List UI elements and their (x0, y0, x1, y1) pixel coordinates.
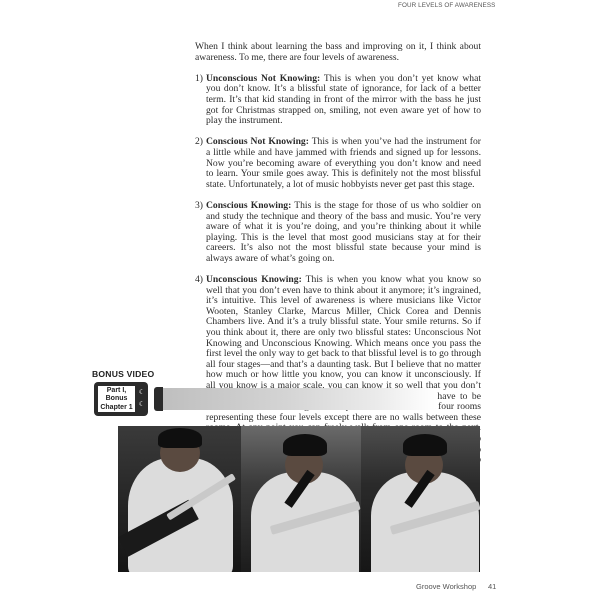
page-number: 41 (488, 582, 496, 591)
bonus-video-bar (163, 388, 435, 410)
bonus-line-1: Part I, (98, 387, 135, 395)
level-item-3: 3) Conscious Knowing: This is the stage … (195, 201, 481, 265)
bonus-line-3: Chapter 1 (98, 404, 135, 412)
photo-panel-2 (241, 426, 361, 572)
footer-book-title: Groove Workshop (416, 582, 476, 591)
level-title: Unconscious Not Knowing: (206, 73, 320, 84)
level-item-2: 2) Conscious Not Knowing: This is when y… (195, 137, 481, 190)
running-head: FOUR LEVELS OF AWARENESS (398, 2, 495, 9)
level-item-1: 1) Unconscious Not Knowing: This is when… (195, 74, 481, 127)
photo-panel-1 (118, 426, 241, 572)
level-title: Unconscious Knowing: (206, 274, 302, 285)
bonus-video-label: BONUS VIDEO (92, 369, 154, 379)
bonus-line-2: Bonus (98, 395, 135, 403)
reel-icon: ☾ (139, 388, 145, 396)
camera-lens-icon (154, 387, 163, 411)
level-number: 1) (195, 74, 206, 127)
level-number: 3) (195, 201, 206, 265)
bassist-photo-strip (118, 426, 480, 572)
text-column: When I think about learning the bass and… (195, 42, 481, 487)
bonus-video-reference: Part I, Bonus Chapter 1 (98, 386, 135, 412)
reel-icon: ☾ (139, 400, 145, 408)
photo-panel-3 (361, 426, 480, 572)
intro-paragraph: When I think about learning the bass and… (195, 42, 481, 63)
level-title: Conscious Knowing: (206, 200, 291, 211)
level-number: 2) (195, 137, 206, 190)
video-camera-icon: Part I, Bonus Chapter 1 ☾ ☾ (94, 382, 148, 416)
level-title: Conscious Not Knowing: (206, 136, 309, 147)
